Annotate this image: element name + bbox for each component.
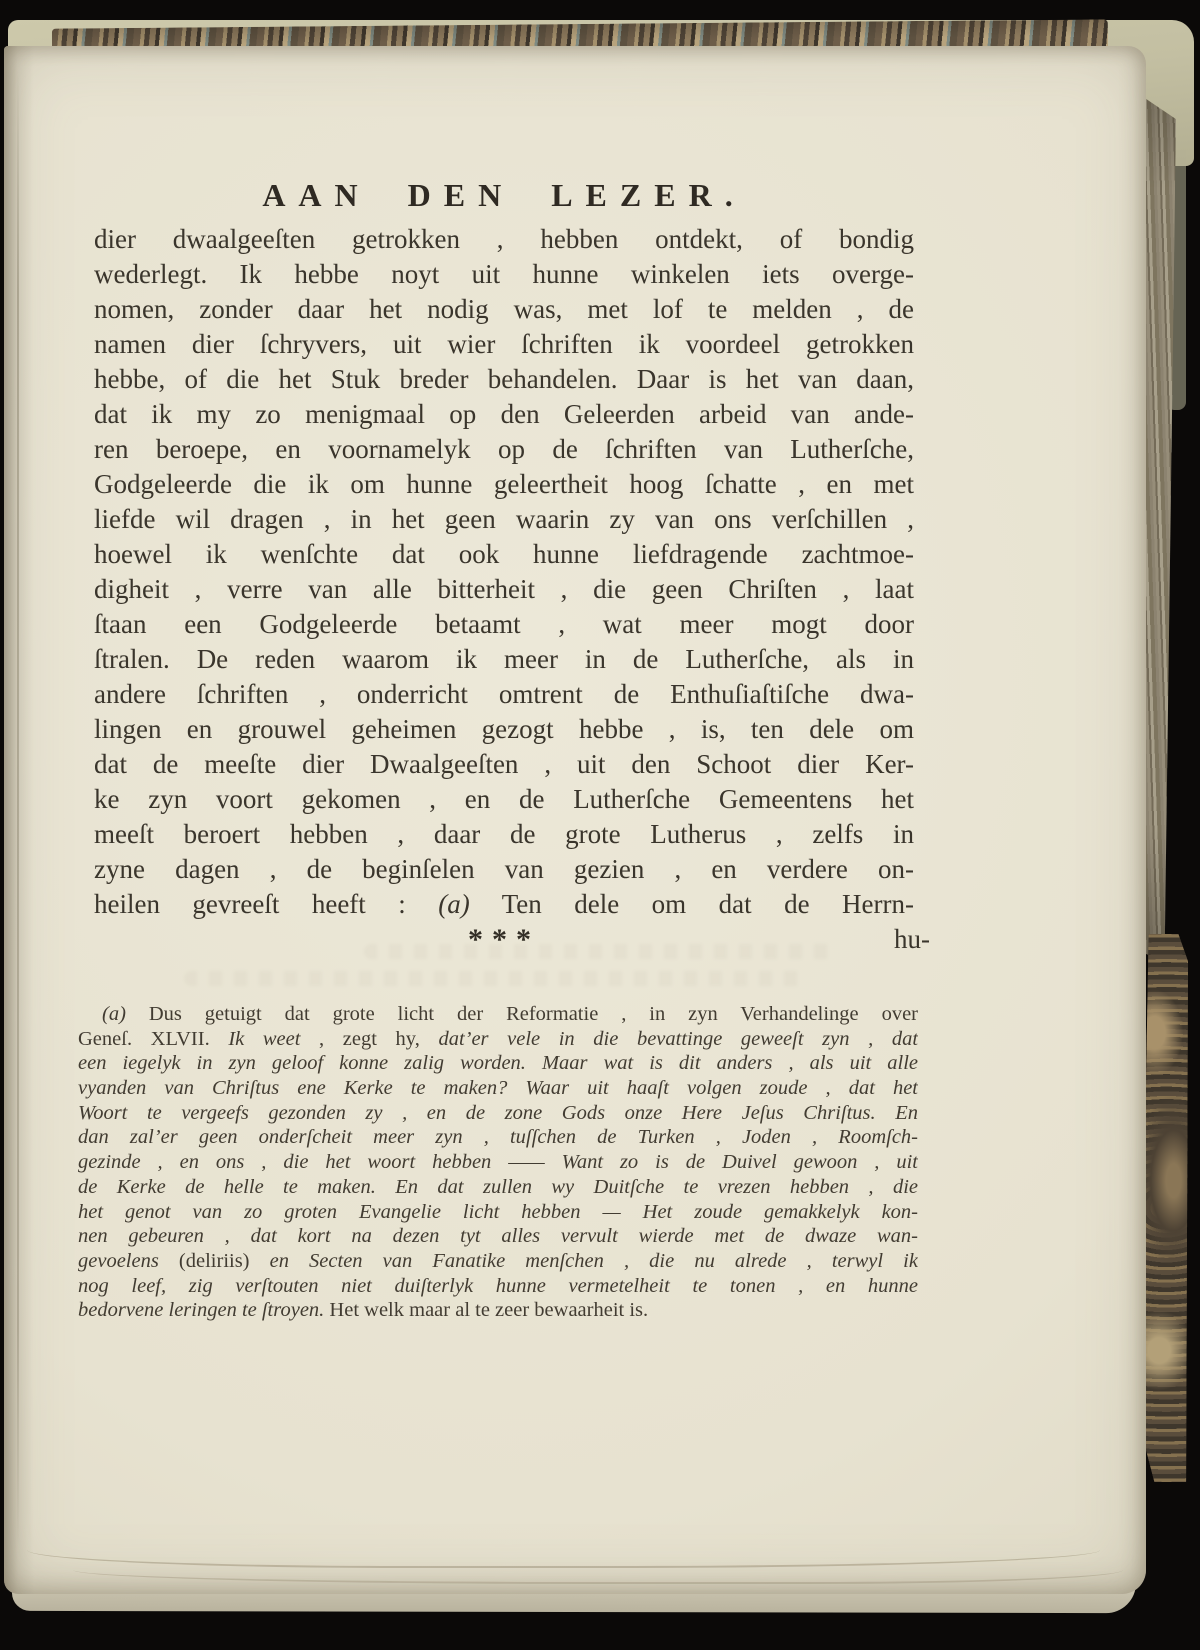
marbled-endpaper [1140, 934, 1188, 1482]
page-title: AAN DEN LEZER. [94, 172, 914, 218]
body-line: wederlegt. Ik hebbe noyt uit hunne winke… [94, 257, 914, 292]
body-line: dier dwaalgeeſten getrokken , hebben ont… [94, 222, 914, 257]
footnote-line: de Kerke de helle te maken. En dat zulle… [78, 1175, 918, 1200]
footnote-line: het genot van zo groten Evangelie licht … [78, 1200, 918, 1225]
body-text: dier dwaalgeeſten getrokken , hebben ont… [94, 222, 914, 922]
page-crease [17, 70, 19, 1550]
footnote-line: nen gebeuren , dat kort na dezen tyt all… [78, 1224, 918, 1249]
footnote-line: nog leef, zig verſtouten niet duiſterlyk… [78, 1274, 918, 1299]
show-through [184, 971, 804, 986]
body-line: andere ſchriften , onderricht omtrent de… [94, 677, 914, 712]
body-line: nomen, zonder daar het nodig was, met lo… [94, 292, 914, 327]
footnote-line: een iegelyk in zyn geloof konne zalig wo… [78, 1051, 918, 1076]
body-line: zyne dagen , de beginſelen van gezien , … [94, 852, 914, 887]
body-line: ren beroepe, en voornamelyk op de ſchrif… [94, 432, 914, 467]
footnote-line: Woort te vergeefs gezonden zy , en de zo… [78, 1101, 918, 1126]
gutter-shadow [4, 46, 34, 1594]
page: AAN DEN LEZER. dier dwaalgeeſten getrokk… [4, 46, 1146, 1594]
body-line: dat de meeſte dier Dwaalgeeſten , uit de… [94, 747, 914, 782]
footnote-line: dan zal’er geen onderſcheit meer zyn , t… [78, 1125, 918, 1150]
deckle-edge-line [73, 1570, 1124, 1584]
body-line: liefde wil dragen , in het geen waarin z… [94, 502, 914, 537]
body-line: dat ik my zo menigmaal op den Geleerden … [94, 397, 914, 432]
body-line: hebbe, of die het Stuk breder behandelen… [94, 362, 914, 397]
body-line: hoewel ik wenſchte dat ook hunne liefdra… [94, 537, 914, 572]
deckle-edge-line [27, 1550, 1101, 1568]
body-line: Godgeleerde die ik om hunne geleertheit … [94, 467, 914, 502]
footnote: (a) Dus getuigt dat grote licht der Refo… [78, 1002, 918, 1323]
footnote-line: (a) Dus getuigt dat grote licht der Refo… [78, 1002, 918, 1027]
signature-mark: *** [94, 922, 914, 958]
body-line: heilen gevreeſt heeft : (a) Ten dele om … [94, 887, 914, 922]
footnote-line: vyanden van Chriſtus ene Kerke te maken?… [78, 1076, 918, 1101]
body-line: ke zyn voort gekomen , en de Lutherſche … [94, 782, 914, 817]
body-line: ſtralen. De reden waarom ik meer in de L… [94, 642, 914, 677]
body-line: namen dier ſchryvers, uit wier ſchriften… [94, 327, 914, 362]
footnote-line: gezinde , en ons , die het woort hebben … [78, 1150, 918, 1175]
body-line: lingen en grouwel geheimen gezogt hebbe … [94, 712, 914, 747]
signature-row: *** hu- [94, 922, 914, 960]
footnote-line: bedorvene leringen te ſtroyen. Het welk … [78, 1298, 918, 1323]
body-line: meeſt beroert hebben , daar de grote Lut… [94, 817, 914, 852]
footnote-line: Geneſ. XLVII. Ik weet , zegt hy, dat’er … [78, 1027, 918, 1052]
text-column: AAN DEN LEZER. dier dwaalgeeſten getrokk… [94, 172, 914, 960]
book-scan: AAN DEN LEZER. dier dwaalgeeſten getrokk… [0, 0, 1200, 1650]
body-line: ſtaan een Godgeleerde betaamt , wat meer… [94, 607, 914, 642]
body-line: digheit , verre van alle bitterheit , di… [94, 572, 914, 607]
catchword: hu- [894, 924, 930, 955]
footnote-line: gevoelens (deliriis) en Secten van Fanat… [78, 1249, 918, 1274]
